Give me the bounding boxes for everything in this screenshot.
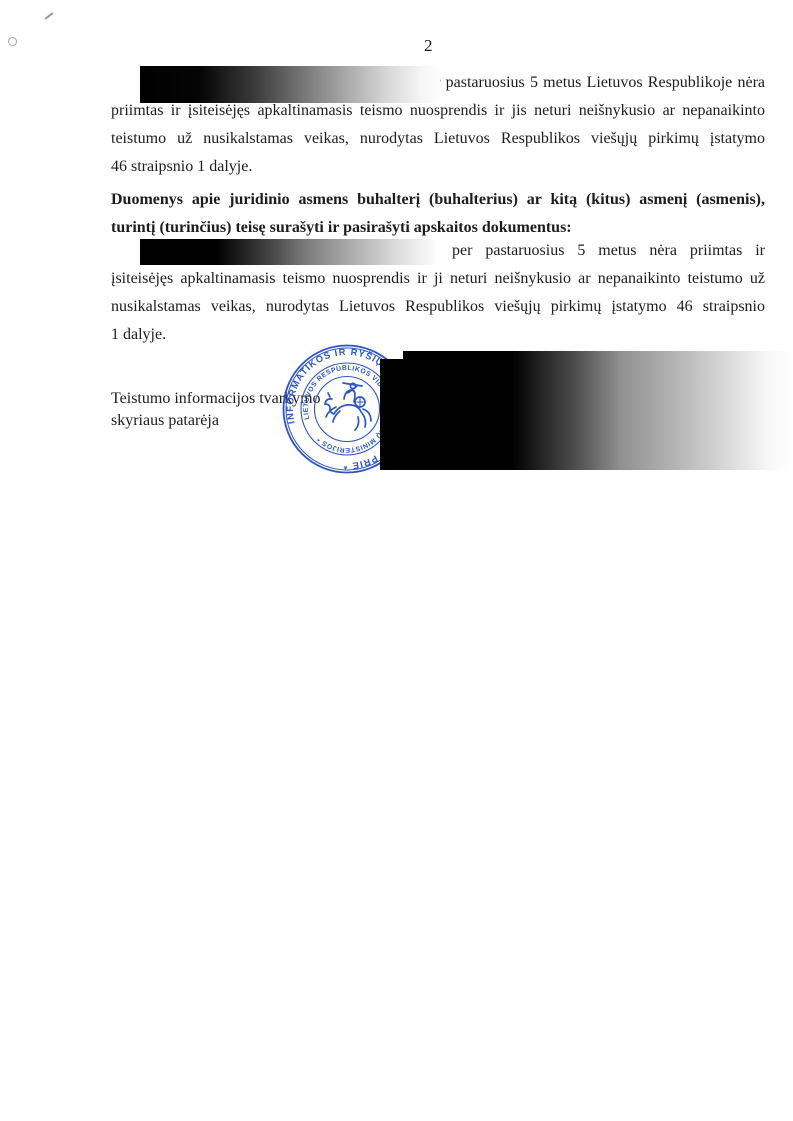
redaction-bar-1 (140, 66, 440, 103)
page-number: 2 (424, 36, 433, 56)
stamp-inner-ring-text: LIETUVOS RESPUBLIKOS VIDAUS REIKALŲ MINI… (303, 365, 391, 453)
scan-artifact-mark (44, 12, 53, 20)
vytis-knight-icon (325, 383, 371, 430)
heading-duomenys-buhalteris: Duomenys apie juridinio asmens buhalterį… (111, 186, 765, 242)
text-line: 46 straipsnio 1 dalyje. (111, 153, 765, 181)
text-line: įsiteisėjęs apkaltinamasis teismo nuospr… (111, 265, 765, 293)
text-line: teistumo už nusikalstamas veikas, nurody… (111, 125, 765, 153)
text-line: Duomenys apie juridinio asmens buhalterį… (111, 186, 765, 214)
scanned-document-page: 2 per pastaruosius 5 metus Lietuvos Resp… (0, 0, 793, 1121)
redaction-block-large (380, 351, 793, 470)
text-line: nusikalstamas veikas, nurodytas Lietuvos… (111, 293, 765, 321)
stamp-emblem-circle (315, 377, 380, 442)
svg-text:LIETUVOS RESPUBLIKOS VIDAUS RE: LIETUVOS RESPUBLIKOS VIDAUS REIKALŲ MINI… (303, 365, 391, 453)
text-line: 1 dalyje. (111, 321, 765, 349)
scan-artifact-ring (8, 37, 17, 46)
redaction-bar-2 (140, 239, 435, 265)
